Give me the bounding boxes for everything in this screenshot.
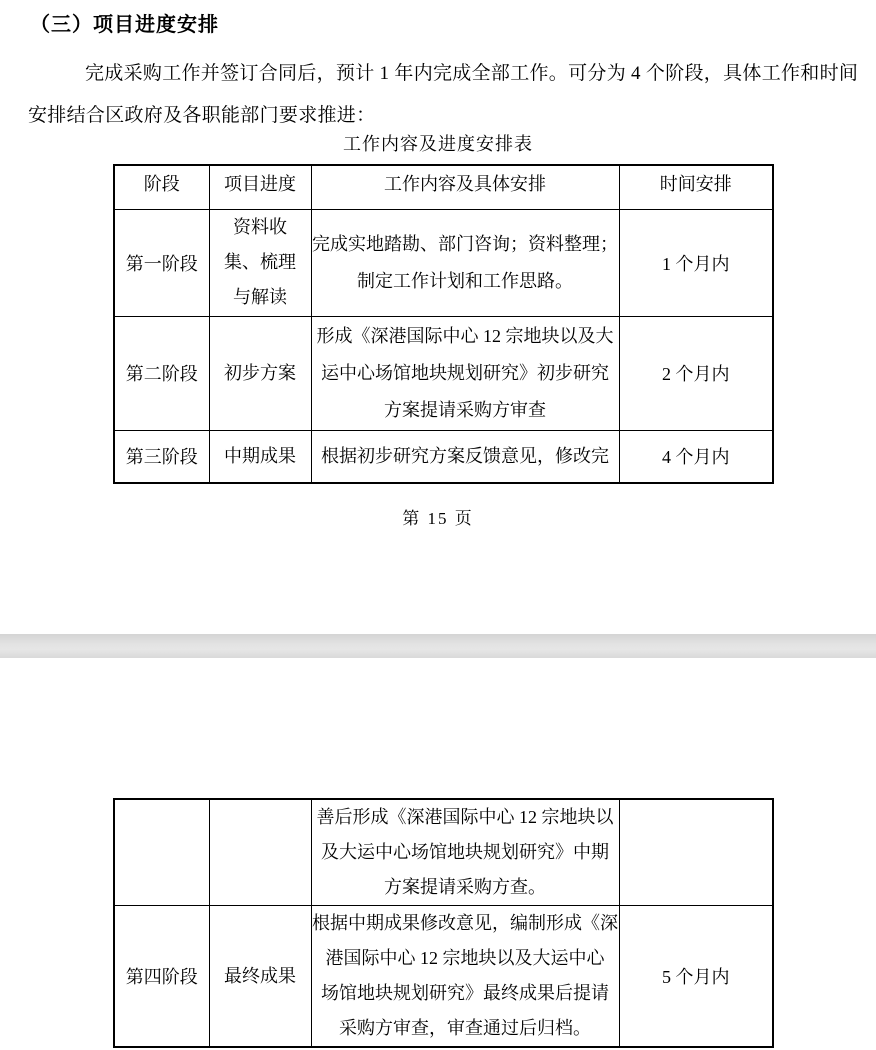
page-separator xyxy=(0,634,876,658)
cell-progress: 初步方案 xyxy=(209,316,311,430)
cell-time: 1 个月内 xyxy=(619,209,773,316)
cell-content: 完成实地踏勘、部门咨询；资料整理； 制定工作计划和工作思路。 xyxy=(311,209,619,316)
cell-stage xyxy=(114,799,209,906)
cell-progress: 中期成果 xyxy=(209,430,311,483)
table-header-row: 阶段 项目进度 工作内容及具体安排 时间安排 xyxy=(114,165,773,209)
cell-content: 根据中期成果修改意见，编制形成《深 港国际中心 12 宗地块以及大运中心 场馆地… xyxy=(311,906,619,1048)
table-row: 善后形成《深港国际中心 12 宗地块以 及大运中心场馆地块规划研究》中期 方案提… xyxy=(114,799,773,906)
schedule-table-page2: 善后形成《深港国际中心 12 宗地块以 及大运中心场馆地块规划研究》中期 方案提… xyxy=(113,798,774,1048)
document-view: { "colors": { "page_background": "#fffff… xyxy=(0,0,876,1050)
cell-time: 5 个月内 xyxy=(619,906,773,1048)
header-cell-stage: 阶段 xyxy=(114,165,209,209)
header-cell-content: 工作内容及具体安排 xyxy=(311,165,619,209)
section-heading: （三）项目进度安排 xyxy=(30,8,219,37)
cell-time: 4 个月内 xyxy=(619,430,773,483)
table-row: 第三阶段 中期成果 根据初步研究方案反馈意见，修改完 4 个月内 xyxy=(114,430,773,483)
cell-stage: 第二阶段 xyxy=(114,316,209,430)
header-cell-progress: 项目进度 xyxy=(209,165,311,209)
cell-time: 2 个月内 xyxy=(619,316,773,430)
cell-stage: 第一阶段 xyxy=(114,209,209,316)
cell-time xyxy=(619,799,773,906)
cell-stage: 第四阶段 xyxy=(114,906,209,1048)
schedule-table-page1: 阶段 项目进度 工作内容及具体安排 时间安排 第一阶段 资料收 集、梳理 与解读… xyxy=(113,164,774,484)
table-row: 第二阶段 初步方案 形成《深港国际中心 12 宗地块以及大 运中心场馆地块规划研… xyxy=(114,316,773,430)
cell-progress: 最终成果 xyxy=(209,906,311,1048)
table-caption: 工作内容及进度安排表 xyxy=(0,130,876,156)
page-number: 第 15 页 xyxy=(0,504,876,529)
cell-stage: 第三阶段 xyxy=(114,430,209,483)
table-row: 第一阶段 资料收 集、梳理 与解读 完成实地踏勘、部门咨询；资料整理； 制定工作… xyxy=(114,209,773,316)
cell-progress xyxy=(209,799,311,906)
cell-content: 根据初步研究方案反馈意见，修改完 xyxy=(311,430,619,483)
cell-progress: 资料收 集、梳理 与解读 xyxy=(209,209,311,316)
header-cell-time: 时间安排 xyxy=(619,165,773,209)
paragraph-line-1: 完成采购工作并签订合同后，预计 1 年内完成全部工作。可分为 4 个阶段，具体工… xyxy=(85,58,858,85)
cell-content: 形成《深港国际中心 12 宗地块以及大 运中心场馆地块规划研究》初步研究 方案提… xyxy=(311,316,619,430)
cell-content: 善后形成《深港国际中心 12 宗地块以 及大运中心场馆地块规划研究》中期 方案提… xyxy=(311,799,619,906)
paragraph-line-2: 安排结合区政府及各职能部门要求推进： xyxy=(28,100,375,127)
table-row: 第四阶段 最终成果 根据中期成果修改意见，编制形成《深 港国际中心 12 宗地块… xyxy=(114,906,773,1048)
